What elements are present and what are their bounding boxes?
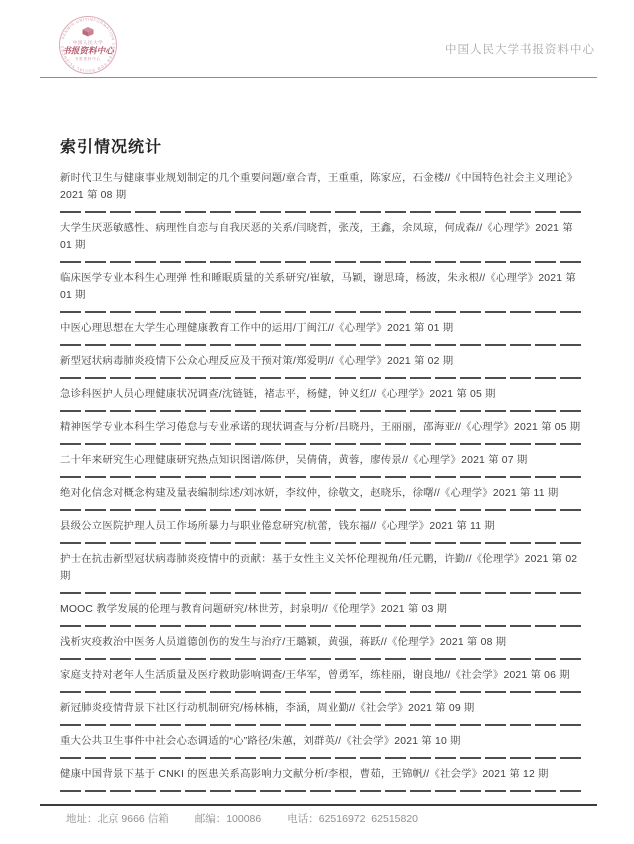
citation-text: 新冠肺炎疫情背景下社区行动机制研究/杨林楠，李涵，周业勤//《社会学》2021 … bbox=[60, 700, 581, 717]
entry-separator bbox=[60, 757, 581, 759]
citation-text: 浅析灾疫救治中医务人员道德创伤的发生与治疗/王璐颖，黄强，蒋跃//《伦理学》20… bbox=[60, 634, 581, 651]
citation-text: 健康中国背景下基于 CNKI 的医患关系高影响力文献分析/李根，曹茹，王锦帆//… bbox=[60, 766, 581, 783]
citation-text: 家庭支持对老年人生活质量及医疗救助影响调查/王华军，曾勇军，练桂丽，谢良地//《… bbox=[60, 667, 581, 684]
entry-separator bbox=[60, 311, 581, 313]
citation-text: 护士在抗击新型冠状病毒肺炎疫情中的贡献：基于女性主义关怀伦理视角/任元鹏，许勤/… bbox=[60, 551, 581, 585]
entry-separator bbox=[60, 377, 581, 379]
entry-separator bbox=[60, 691, 581, 693]
entry-separator bbox=[60, 625, 581, 627]
entry-separator bbox=[60, 658, 581, 660]
index-entry: 绝对化信念对概念构建及量表编制综述/刘冰妍，李纹仲，徐敬文，赵晓乐，徐曙//《心… bbox=[60, 485, 581, 511]
entry-separator bbox=[60, 790, 581, 792]
entry-separator bbox=[60, 592, 581, 594]
entry-separator bbox=[60, 211, 581, 213]
citation-text: 中医心理思想在大学生心理健康教育工作中的运用/丁闽江//《心理学》2021 第 … bbox=[60, 320, 581, 337]
index-entry: 新型冠状病毒肺炎疫情下公众心理反应及干预对策/郑爱明//《心理学》2021 第 … bbox=[60, 353, 581, 379]
document-body: 索引情况统计 新时代卫生与健康事业规划制定的几个重要问题/章合青，王重重，陈家应… bbox=[60, 77, 581, 799]
seal-logo-graphic: INFORMATION CENTER FOR SOCIAL SCIENCES ·… bbox=[58, 15, 118, 75]
index-entry: 临床医学专业本科生心理弹 性和睡眠质量的关系研究/崔敏，马颖，谢思琦，杨波，朱永… bbox=[60, 270, 581, 313]
footer-contact: 地址：北京 9666 信箱邮编：100086电话：62516972 625158… bbox=[66, 811, 597, 826]
page-title: 索引情况统计 bbox=[60, 134, 581, 157]
citation-text: 新型冠状病毒肺炎疫情下公众心理反应及干预对策/郑爱明//《心理学》2021 第 … bbox=[60, 353, 581, 370]
index-entry: 家庭支持对老年人生活质量及医疗救助影响调查/王华军，曾勇军，练桂丽，谢良地//《… bbox=[60, 667, 581, 693]
footer-address: 地址：北京 9666 信箱 bbox=[66, 813, 169, 825]
footer-divider bbox=[40, 804, 597, 806]
citation-text: 新时代卫生与健康事业规划制定的几个重要问题/章合青，王重重，陈家应，石金楼//《… bbox=[60, 170, 581, 204]
index-entry: 中医心理思想在大学生心理健康教育工作中的运用/丁闽江//《心理学》2021 第 … bbox=[60, 320, 581, 346]
index-entry: 急诊科医护人员心理健康状况调查/沈链链，褚志平，杨健，钟义红//《心理学》202… bbox=[60, 386, 581, 412]
citation-text: 精神医学专业本科生学习倦怠与专业承诺的现状调查与分析/吕晓丹，王丽丽，邵海亚//… bbox=[60, 419, 581, 436]
seal-small-name: 书报资料中心 bbox=[75, 56, 101, 61]
citation-text: 县级公立医院护理人员工作场所暴力与职业倦怠研究/杭蕾，钱东福//《心理学》202… bbox=[60, 518, 581, 535]
index-entry: 新时代卫生与健康事业规划制定的几个重要问题/章合青，王重重，陈家应，石金楼//《… bbox=[60, 170, 581, 213]
index-entry: 护士在抗击新型冠状病毒肺炎疫情中的贡献：基于女性主义关怀伦理视角/任元鹏，许勤/… bbox=[60, 551, 581, 594]
entry-separator bbox=[60, 542, 581, 544]
citation-text: MOOC 教学发展的伦理与教育问题研究/林世芳，封泉明//《伦理学》2021 第… bbox=[60, 601, 581, 618]
index-entry: 县级公立医院护理人员工作场所暴力与职业倦怠研究/杭蕾，钱东福//《心理学》202… bbox=[60, 518, 581, 544]
entry-separator bbox=[60, 261, 581, 263]
index-entry: 精神医学专业本科生学习倦怠与专业承诺的现状调查与分析/吕晓丹，王丽丽，邵海亚//… bbox=[60, 419, 581, 445]
org-seal-logo: INFORMATION CENTER FOR SOCIAL SCIENCES ·… bbox=[58, 15, 118, 75]
index-entry: MOOC 教学发展的伦理与教育问题研究/林世芳，封泉明//《伦理学》2021 第… bbox=[60, 601, 581, 627]
org-name-header: 中国人民大学书报资料中心 bbox=[445, 41, 595, 57]
entry-separator bbox=[60, 443, 581, 445]
citation-text: 临床医学专业本科生心理弹 性和睡眠质量的关系研究/崔敏，马颖，谢思琦，杨波，朱永… bbox=[60, 270, 581, 304]
citation-text: 大学生厌恶敏感性、病理性自恋与自我厌恶的关系/闫晓哲，张茂，王鑫，余凤琼，何成森… bbox=[60, 220, 581, 254]
entry-separator bbox=[60, 344, 581, 346]
index-entry: 健康中国背景下基于 CNKI 的医患关系高影响力文献分析/李根，曹茹，王锦帆//… bbox=[60, 766, 581, 792]
index-entry: 重大公共卫生事件中社会心态调适的“心”路径/朱蕙，刘群英//《社会学》2021 … bbox=[60, 733, 581, 759]
entry-separator bbox=[60, 410, 581, 412]
entry-separator bbox=[60, 509, 581, 511]
citation-text: 绝对化信念对概念构建及量表编制综述/刘冰妍，李纹仲，徐敬文，赵晓乐，徐曙//《心… bbox=[60, 485, 581, 502]
entry-separator bbox=[60, 724, 581, 726]
index-entry: 浅析灾疫救治中医务人员道德创伤的发生与治疗/王璐颖，黄强，蒋跃//《伦理学》20… bbox=[60, 634, 581, 660]
footer-phone: 电话：62516972 62515820 bbox=[287, 813, 418, 825]
seal-script-name: 书报资料中心 bbox=[62, 46, 115, 56]
index-list: 新时代卫生与健康事业规划制定的几个重要问题/章合青，王重重，陈家应，石金楼//《… bbox=[60, 170, 581, 792]
index-entry: 大学生厌恶敏感性、病理性自恋与自我厌恶的关系/闫晓哲，张茂，王鑫，余凤琼，何成森… bbox=[60, 220, 581, 263]
footer-postcode: 邮编：100086 bbox=[195, 813, 262, 825]
index-entry: 二十年来研究生心理健康研究热点知识图谱/陈伊，吴倩倩，黄蓉，廖传景//《心理学》… bbox=[60, 452, 581, 478]
citation-text: 二十年来研究生心理健康研究热点知识图谱/陈伊，吴倩倩，黄蓉，廖传景//《心理学》… bbox=[60, 452, 581, 469]
entry-separator bbox=[60, 476, 581, 478]
citation-text: 重大公共卫生事件中社会心态调适的“心”路径/朱蕙，刘群英//《社会学》2021 … bbox=[60, 733, 581, 750]
citation-text: 急诊科医护人员心理健康状况调查/沈链链，褚志平，杨健，钟义红//《心理学》202… bbox=[60, 386, 581, 403]
index-entry: 新冠肺炎疫情背景下社区行动机制研究/杨林楠，李涵，周业勤//《社会学》2021 … bbox=[60, 700, 581, 726]
